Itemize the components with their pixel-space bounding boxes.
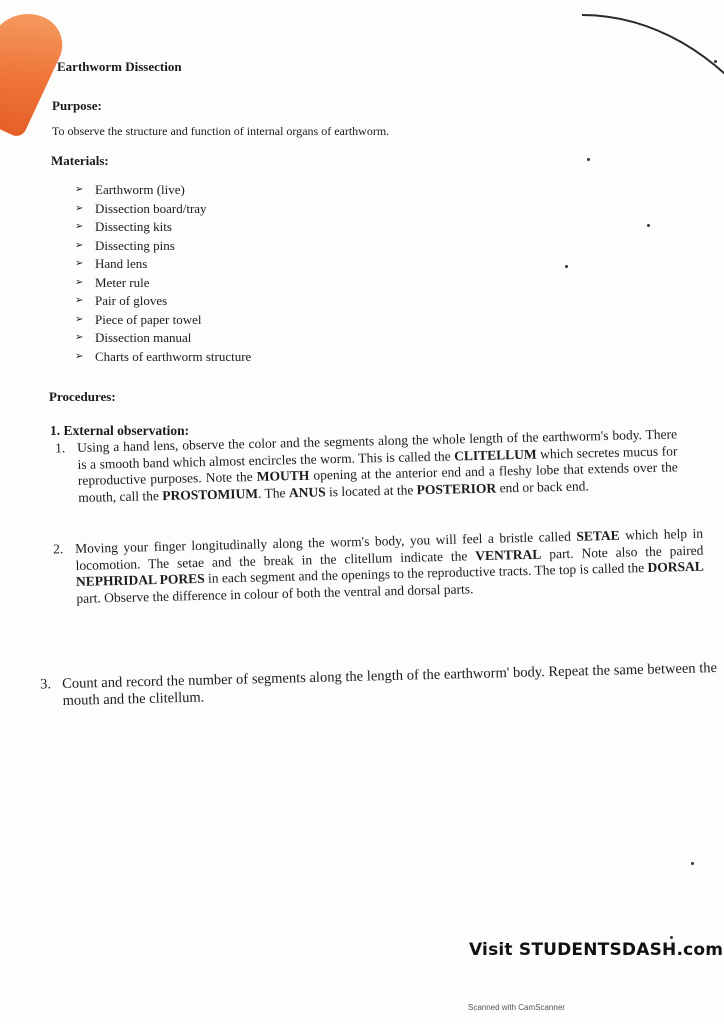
step-number: 3. <box>40 676 51 693</box>
key-term: MOUTH <box>257 468 310 484</box>
materials-item-label: Dissecting pins <box>95 237 175 256</box>
materials-item-label: Hand lens <box>95 255 147 274</box>
arrow-bullet-icon: ➢ <box>75 348 95 367</box>
arrow-bullet-icon: ➢ <box>75 218 95 237</box>
step-number: 1. <box>55 440 65 457</box>
key-term: NEPHRIDAL PORES <box>76 571 205 589</box>
step-text: . The <box>258 485 289 501</box>
watermark-text: Visit STUDENTSDASH.com <box>469 940 723 960</box>
key-term: SETAE <box>576 528 620 544</box>
step-number: 2. <box>53 541 64 558</box>
speck <box>647 224 650 227</box>
speck <box>691 862 694 865</box>
key-term: ANUS <box>289 484 326 500</box>
materials-item-label: Meter rule <box>95 274 150 293</box>
procedure-step-1: 1.Using a hand lens, observe the color a… <box>77 426 678 506</box>
materials-item: ➢Dissecting kits <box>75 218 251 237</box>
arrow-bullet-icon: ➢ <box>75 237 95 256</box>
key-term: VENTRAL <box>475 546 541 563</box>
materials-item-label: Pair of gloves <box>95 292 167 311</box>
materials-item: ➢Meter rule <box>75 274 251 293</box>
document-title: Earthworm Dissection <box>57 59 182 75</box>
procedure-step-3: 3.Count and record the number of segment… <box>62 660 718 709</box>
speck <box>565 265 568 268</box>
procedures-heading: Procedures: <box>49 389 116 405</box>
scanned-page: Earthworm Dissection Purpose: To observe… <box>0 0 724 1024</box>
materials-item-label: Dissection manual <box>95 329 191 348</box>
arrow-bullet-icon: ➢ <box>75 292 95 311</box>
materials-item-label: Charts of earthworm structure <box>95 348 251 367</box>
key-term: CLITELLUM <box>454 446 537 463</box>
materials-item-label: Dissecting kits <box>95 218 172 237</box>
materials-heading: Materials: <box>51 153 109 169</box>
purpose-heading: Purpose: <box>52 98 102 114</box>
key-term: DORSAL <box>647 559 704 575</box>
materials-item: ➢Dissection manual <box>75 329 251 348</box>
arrow-bullet-icon: ➢ <box>75 200 95 219</box>
arrow-bullet-icon: ➢ <box>75 329 95 348</box>
materials-item: ➢Charts of earthworm structure <box>75 348 251 367</box>
speck <box>587 158 590 161</box>
key-term: PROSTOMIUM <box>162 485 258 502</box>
purpose-text: To observe the structure and function of… <box>52 124 389 139</box>
arrow-bullet-icon: ➢ <box>75 274 95 293</box>
arrow-bullet-icon: ➢ <box>75 311 95 330</box>
section-heading: 1. External observation: <box>50 423 189 439</box>
speck <box>714 60 717 63</box>
materials-item: ➢Piece of paper towel <box>75 311 251 330</box>
scanner-footer: Scanned with CamScanner <box>468 1003 565 1012</box>
materials-item: ➢Earthworm (live) <box>75 181 251 200</box>
materials-item-label: Dissection board/tray <box>95 200 207 219</box>
arrow-bullet-icon: ➢ <box>75 255 95 274</box>
speck <box>670 936 673 939</box>
materials-item: ➢Hand lens <box>75 255 251 274</box>
step-text: end or back end. <box>496 478 589 495</box>
materials-item: ➢Dissecting pins <box>75 237 251 256</box>
page-edge-curve <box>582 14 724 376</box>
procedure-step-2: 2.Moving your finger longitudinally alon… <box>75 526 704 607</box>
step-text: Count and record the number of segments … <box>62 660 717 708</box>
step-text: is located at the <box>325 482 416 499</box>
arrow-bullet-icon: ➢ <box>75 181 95 200</box>
materials-item: ➢Pair of gloves <box>75 292 251 311</box>
materials-item-label: Piece of paper towel <box>95 311 201 330</box>
materials-item-label: Earthworm (live) <box>95 181 185 200</box>
materials-item: ➢Dissection board/tray <box>75 200 251 219</box>
materials-list: ➢Earthworm (live)➢Dissection board/tray➢… <box>75 181 251 366</box>
key-term: POSTERIOR <box>417 480 497 497</box>
